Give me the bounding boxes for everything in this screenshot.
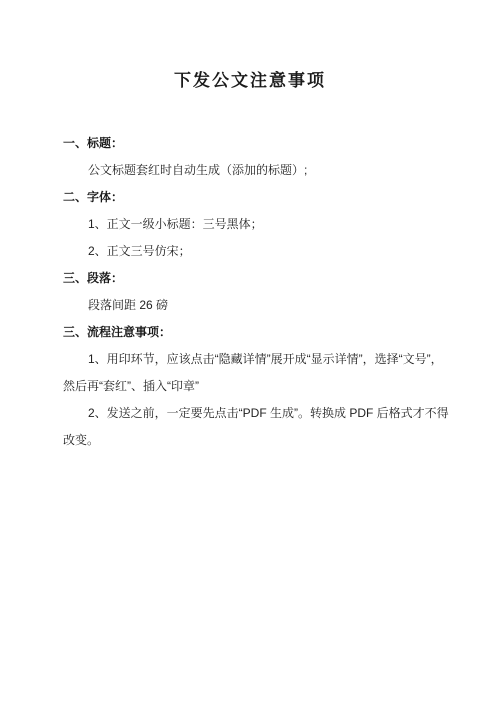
body-line: 1、正文一级小标题：三号黑体； <box>63 211 450 238</box>
section-heading-liucheng: 三、流程注意事项： <box>63 319 450 346</box>
document-viewport: { "document": { "title": "下发公文注意事项", "se… <box>0 0 500 707</box>
body-line: 公文标题套红时自动生成（添加的标题）; <box>63 157 450 184</box>
document-body: 一、标题： 公文标题套红时自动生成（添加的标题）; 二、字体： 1、正文一级小标… <box>63 130 450 454</box>
body-paragraph: 2、发送之前，一定要先点击“PDF 生成”。转换成 PDF 后格式才不得改变。 <box>63 400 450 454</box>
document-page: 下发公文注意事项 一、标题： 公文标题套红时自动生成（添加的标题）; 二、字体：… <box>0 0 500 707</box>
body-line: 2、正文三号仿宋； <box>63 238 450 265</box>
body-paragraph: 1、用印环节，应该点击“隐藏详情”展开成“显示详情”，选择“文号”，然后再“套红… <box>63 346 450 400</box>
section-heading-duanluo: 三、段落： <box>63 265 450 292</box>
section-heading-biaoti: 一、标题： <box>63 130 450 157</box>
section-heading-ziti: 二、字体： <box>63 184 450 211</box>
document-title: 下发公文注意事项 <box>0 0 500 91</box>
body-line: 段落间距 26 磅 <box>63 292 450 319</box>
